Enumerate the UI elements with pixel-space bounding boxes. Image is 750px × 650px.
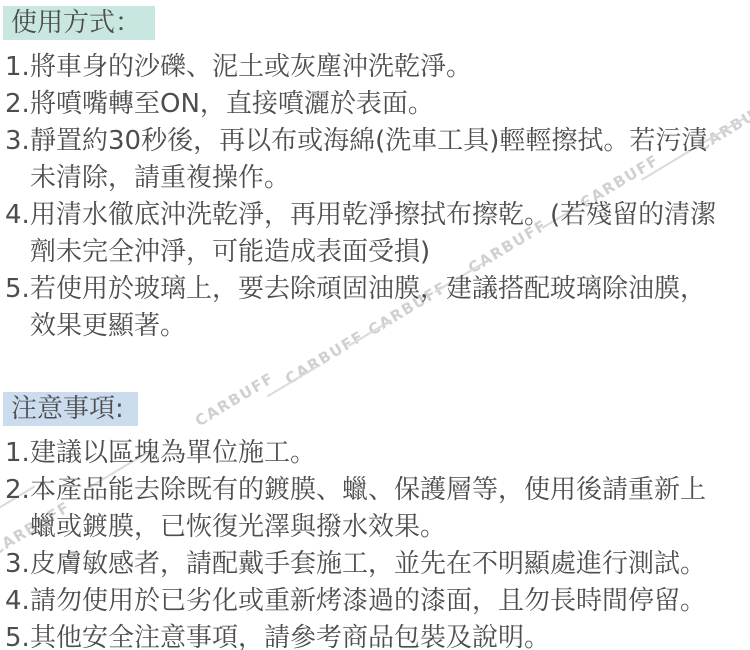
item-number: 2. (5, 472, 30, 509)
item-text: 效果更顯著。 (30, 311, 186, 341)
section-notes: 注意事項: 1.建議以區塊為單位施工。2.本產品能去除既有的鍍膜、蠟、保護層等，… (0, 391, 750, 650)
list-item-line: 1.將車身的沙礫、泥土或灰塵沖洗乾淨。 (5, 49, 750, 86)
item-text: 將車身的沙礫、泥土或灰塵沖洗乾淨。 (30, 52, 472, 82)
section-usage: 使用方式： 1.將車身的沙礫、泥土或灰塵沖洗乾淨。2.將噴嘴轉至ON，直接噴灑於… (0, 5, 750, 345)
item-text: 若使用於玻璃上，要去除頑固油膜，建議搭配玻璃除油膜， (30, 274, 706, 304)
item-text: 未清除，請重複操作。 (30, 163, 290, 193)
list-item-line: 2.本產品能去除既有的鍍膜、蠟、保護層等，使用後請重新上 (5, 472, 750, 509)
list-item-line: 1.建議以區塊為單位施工。 (5, 435, 750, 472)
list-item-line: 未清除，請重複操作。 (5, 160, 750, 197)
list-item-line: 3.靜置約30秒後，再以布或海綿(洗車工具)輕輕擦拭。若污漬 (5, 123, 750, 160)
item-number: 3. (5, 123, 30, 160)
item-number: 4. (5, 197, 30, 234)
section-title-usage: 使用方式： (3, 6, 155, 40)
list-item-line: 蠟或鍍膜，已恢復光澤與撥水效果。 (5, 509, 750, 546)
list-item-line: 3.皮膚敏感者，請配戴手套施工，並先在不明顯處進行測試。 (5, 546, 750, 583)
item-number: 5. (5, 271, 30, 308)
spacer (0, 428, 750, 435)
item-text: 靜置約30秒後，再以布或海綿(洗車工具)輕輕擦拭。若污漬 (30, 126, 707, 156)
item-text: 請勿使用於已劣化或重新烤漆過的漆面，且勿長時間停留。 (30, 586, 706, 616)
item-number: 1. (5, 435, 30, 472)
spacer (0, 42, 750, 49)
list-item-line: 效果更顯著。 (5, 308, 750, 345)
item-number: 5. (5, 620, 30, 650)
list-item-line: 4.用清水徹底沖洗乾淨，再用乾淨擦拭布擦乾。(若殘留的清潔 (5, 197, 750, 234)
list-item-line: 2.將噴嘴轉至ON，直接噴灑於表面。 (5, 86, 750, 123)
notes-list: 1.建議以區塊為單位施工。2.本產品能去除既有的鍍膜、蠟、保護層等，使用後請重新… (0, 435, 750, 650)
usage-list: 1.將車身的沙礫、泥土或灰塵沖洗乾淨。2.將噴嘴轉至ON，直接噴灑於表面。3.靜… (0, 49, 750, 345)
item-number: 3. (5, 546, 30, 583)
item-text: 用清水徹底沖洗乾淨，再用乾淨擦拭布擦乾。(若殘留的清潔 (30, 200, 716, 230)
item-text: 蠟或鍍膜，已恢復光澤與撥水效果。 (30, 512, 446, 542)
item-number: 4. (5, 583, 30, 620)
list-item-line: 4.請勿使用於已劣化或重新烤漆過的漆面，且勿長時間停留。 (5, 583, 750, 620)
instruction-content: 使用方式： 1.將車身的沙礫、泥土或灰塵沖洗乾淨。2.將噴嘴轉至ON，直接噴灑於… (0, 0, 750, 650)
item-number: 2. (5, 86, 30, 123)
list-item-line: 5.若使用於玻璃上，要去除頑固油膜，建議搭配玻璃除油膜， (5, 271, 750, 308)
section-title-notes: 注意事項: (3, 392, 138, 426)
instruction-page: CARBUFFCARBUFFCARBUFFCARBUFFCARBUFFCARBU… (0, 0, 750, 650)
item-number: 1. (5, 49, 30, 86)
list-item-line: 5.其他安全注意事項，請參考商品包裝及說明。 (5, 620, 750, 650)
item-text: 本產品能去除既有的鍍膜、蠟、保護層等，使用後請重新上 (30, 475, 706, 505)
item-text: 建議以區塊為單位施工。 (30, 438, 316, 468)
item-text: 劑未完全沖淨，可能造成表面受損) (30, 237, 430, 267)
item-text: 其他安全注意事項，請參考商品包裝及說明。 (30, 623, 550, 650)
item-text: 將噴嘴轉至ON，直接噴灑於表面。 (30, 89, 434, 119)
list-item-line: 劑未完全沖淨，可能造成表面受損) (5, 234, 750, 271)
item-text: 皮膚敏感者，請配戴手套施工，並先在不明顯處進行測試。 (30, 549, 706, 579)
